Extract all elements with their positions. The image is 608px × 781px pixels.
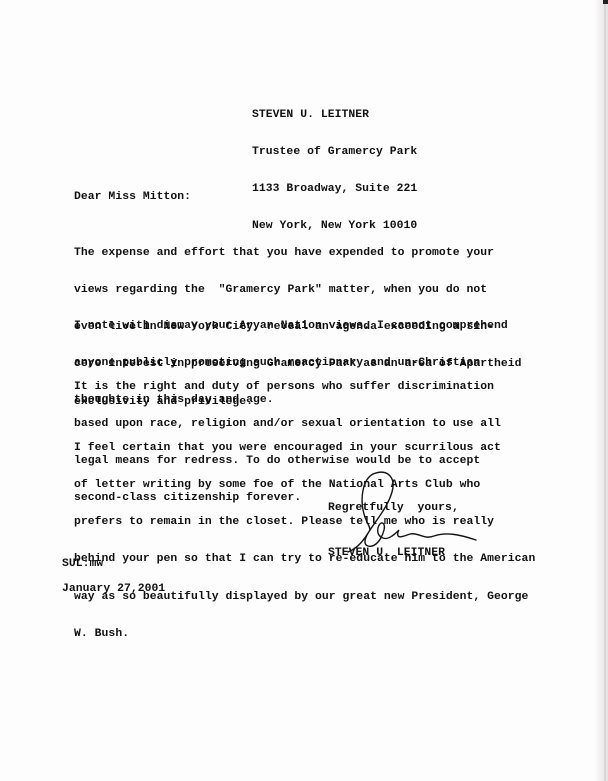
letter-page: STEVEN U. LEITNER Trustee of Gramercy Pa… bbox=[0, 0, 608, 781]
paragraph-line: I note with dismay your Aryan Nation vie… bbox=[74, 320, 508, 332]
letterhead-street: 1133 Broadway, Suite 221 bbox=[252, 183, 417, 195]
paragraph-line: I feel certain that you were encouraged … bbox=[74, 442, 535, 454]
paragraph-line: W. Bush. bbox=[74, 628, 535, 640]
letter-date: January 27,2001 bbox=[62, 583, 165, 595]
scan-corner-mark bbox=[603, 0, 608, 4]
page-edge-line bbox=[604, 0, 606, 781]
typist-initials: SUL:mw bbox=[62, 558, 103, 570]
signer-name: STEVEN U. LEITNER bbox=[328, 547, 445, 559]
letterhead-name: STEVEN U. LEITNER bbox=[252, 109, 417, 121]
paragraph-line: The expense and effort that you have exp… bbox=[74, 247, 522, 259]
salutation: Dear Miss Mitton: bbox=[74, 191, 191, 203]
letterhead-title: Trustee of Gramercy Park bbox=[252, 146, 417, 158]
paragraph-line: It is the right and duty of persons who … bbox=[74, 381, 501, 393]
